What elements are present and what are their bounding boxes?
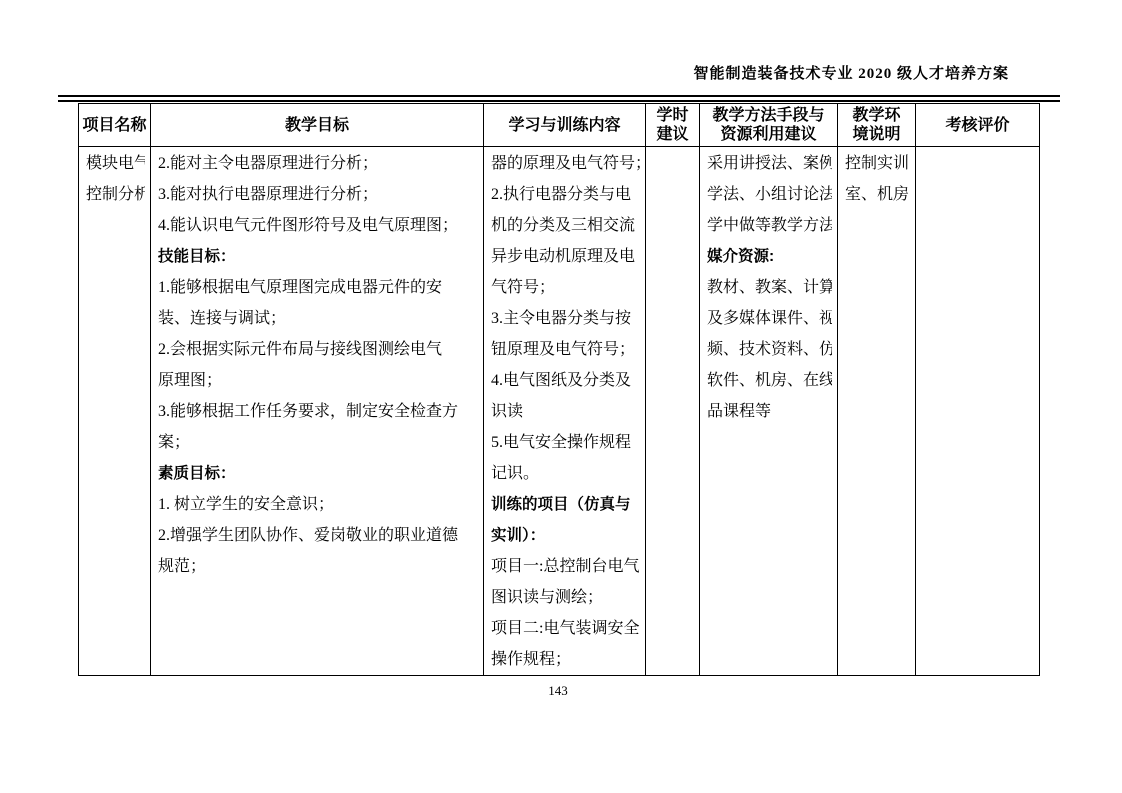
text-line: 实训）： <box>491 520 640 551</box>
col-header-learning-content: 学习与训练内容 <box>484 104 646 147</box>
text-line: 钮原理及电气符号； <box>491 334 640 365</box>
text-line: 案； <box>158 427 478 458</box>
text-line: 项目二:电气装调安全 <box>491 613 640 644</box>
text-line: 学法、小组讨论法、 <box>707 179 832 210</box>
cell-teaching-goals: 2.能对主令电器原理进行分析；3.能对执行电器原理进行分析；4.能认识电气元件图… <box>151 147 484 676</box>
text-line: 1.能够根据电气原理图完成电器元件的安 <box>158 272 478 303</box>
text-line: 技能目标： <box>158 241 478 272</box>
text-line: 品课程等 <box>707 396 832 427</box>
col-header-hours-suggestion: 学时 建议 <box>646 104 700 147</box>
text-line: 模块电气 <box>86 148 145 179</box>
text-line: 规范； <box>158 551 478 582</box>
table-row: 模块电气控制分析 2.能对主令电器原理进行分析；3.能对执行电器原理进行分析；4… <box>79 147 1040 676</box>
cell-teaching-methods: 采用讲授法、案例教学法、小组讨论法、学中做等教学方法媒介资源:教材、教案、计算机… <box>700 147 838 676</box>
cell-project-name: 模块电气控制分析 <box>79 147 151 676</box>
text-line: 原理图； <box>158 365 478 396</box>
cell-environment: 控制实训室、机房 <box>838 147 916 676</box>
text-line: 记识。 <box>491 458 640 489</box>
text-line: 1. 树立学生的安全意识； <box>158 489 478 520</box>
curriculum-table: 项目名称 教学目标 学习与训练内容 学时 建议 教学方法手段与 资源利用建议 教… <box>78 103 1040 676</box>
text-line: 机的分类及三相交流 <box>491 210 640 241</box>
text-line: 3.能够根据工作任务要求，制定安全检查方 <box>158 396 478 427</box>
text-line: 3.能对执行电器原理进行分析； <box>158 179 478 210</box>
document-page: 智能制造装备技术专业 2020 级人才培养方案 项目名称 教学目标 学习与训练内… <box>0 0 1122 793</box>
text-line: 2.能对主令电器原理进行分析； <box>158 148 478 179</box>
text-line: 软件、机房、在线精 <box>707 365 832 396</box>
text-line: 识读 <box>491 396 640 427</box>
text-line: 2.执行电器分类与电 <box>491 179 640 210</box>
text-line: 4.电气图纸及分类及 <box>491 365 640 396</box>
text-line: 器的原理及电气符号； <box>491 148 640 179</box>
page-header-title: 智能制造装备技术专业 2020 级人才培养方案 <box>693 62 1009 83</box>
text-line: 操作规程； <box>491 644 640 675</box>
col-header-assessment: 考核评价 <box>916 104 1040 147</box>
header-rule <box>58 95 1060 102</box>
text-line: 气符号； <box>491 272 640 303</box>
cell-assessment <box>916 147 1040 676</box>
text-line: 5.电气安全操作规程 <box>491 427 640 458</box>
text-line: 频、技术资料、仿真 <box>707 334 832 365</box>
cell-hours-suggestion <box>646 147 700 676</box>
text-line: 3.主令电器分类与按 <box>491 303 640 334</box>
text-line: 异步电动机原理及电 <box>491 241 640 272</box>
col-header-project-name: 项目名称 <box>79 104 151 147</box>
text-line: 素质目标： <box>158 458 478 489</box>
page-number: 143 <box>0 683 1116 699</box>
col-header-environment: 教学环 境说明 <box>838 104 916 147</box>
text-line: 训练的项目（仿真与 <box>491 489 640 520</box>
text-line: 图识读与测绘； <box>491 582 640 613</box>
text-line: 项目一:总控制台电气 <box>491 551 640 582</box>
text-line: 学中做等教学方法 <box>707 210 832 241</box>
table-header-row: 项目名称 教学目标 学习与训练内容 学时 建议 教学方法手段与 资源利用建议 教… <box>79 104 1040 147</box>
text-line: 控制分析 <box>86 179 145 210</box>
col-header-teaching-methods: 教学方法手段与 资源利用建议 <box>700 104 838 147</box>
text-line: 装、连接与调试； <box>158 303 478 334</box>
text-line: 采用讲授法、案例教 <box>707 148 832 179</box>
text-line: 及多媒体课件、视 <box>707 303 832 334</box>
col-header-teaching-goals: 教学目标 <box>151 104 484 147</box>
cell-learning-content: 器的原理及电气符号；2.执行电器分类与电机的分类及三相交流异步电动机原理及电气符… <box>484 147 646 676</box>
text-line: 4.能认识电气元件图形符号及电气原理图； <box>158 210 478 241</box>
text-line: 2.增强学生团队协作、爱岗敬业的职业道德 <box>158 520 478 551</box>
text-line: 媒介资源: <box>707 241 832 272</box>
text-line: 控制实训 <box>845 148 910 179</box>
text-line: 2.会根据实际元件布局与接线图测绘电气 <box>158 334 478 365</box>
text-line: 教材、教案、计算机 <box>707 272 832 303</box>
text-line: 室、机房 <box>845 179 910 210</box>
